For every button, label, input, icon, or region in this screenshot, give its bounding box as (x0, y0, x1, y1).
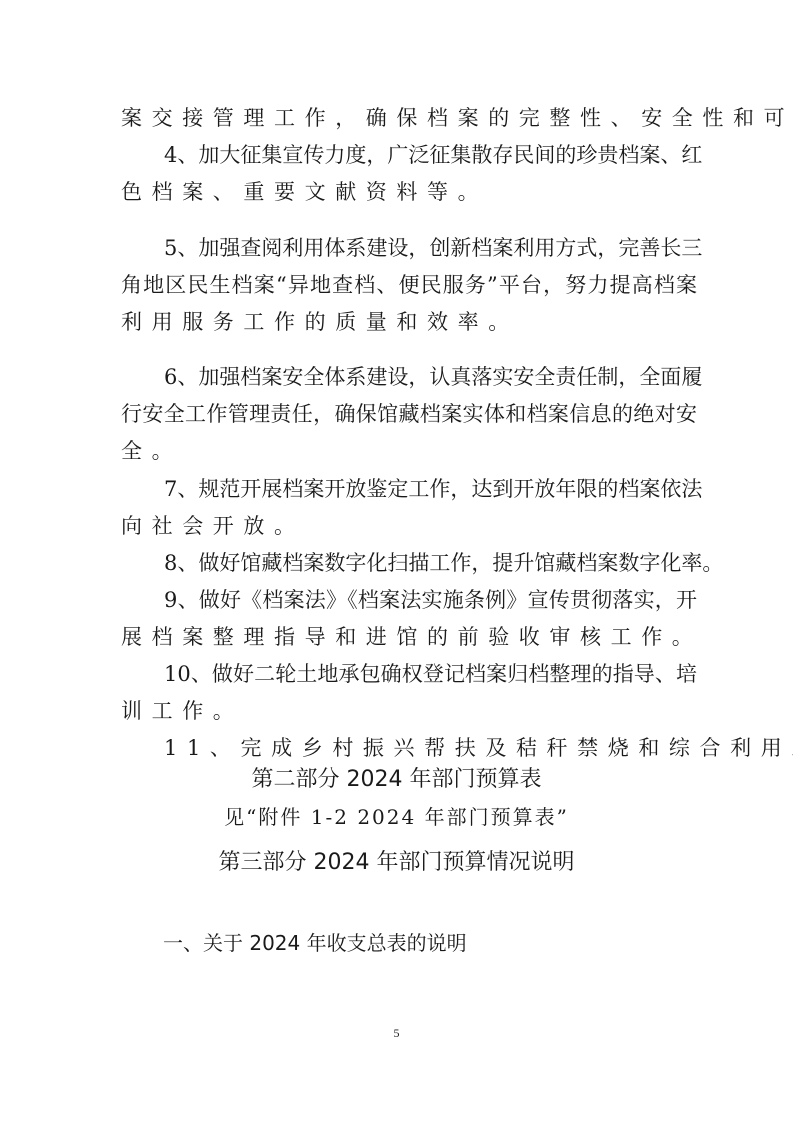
paragraph-line: 角地区民生档案“异地查档、便民服务”平台，努力提高档案 (121, 270, 697, 300)
paragraph-line: 训工作。 (121, 696, 701, 726)
paragraph-line: 5、加强查阅利用体系建设，创新档案利用方式，完善长三 (164, 233, 697, 263)
paragraph-line: 4、加大征集宣传力度，广泛征集散存民间的珍贵档案、红 (164, 140, 697, 170)
paragraph-line: 色档案、重要文献资料等。 (121, 177, 701, 207)
paragraph-line: 案交接管理工作，确保档案的完整性、安全性和可检索性。 (121, 103, 701, 133)
paragraph-line: 展档案整理指导和进馆的前验收审核工作。 (121, 622, 701, 652)
paragraph-line: 11、完成乡村振兴帮扶及秸秆禁烧和综合利用工作。 (164, 733, 744, 763)
paragraph-line: 6、加强档案安全体系建设，认真落实安全责任制，全面履 (164, 362, 697, 392)
paragraph-line: 利用服务工作的质量和效率。 (121, 307, 701, 337)
part2-note: 见“附件 1-2 2024 年部门预算表” (0, 802, 793, 832)
paragraph-line: 向社会开放。 (121, 511, 701, 541)
document-page: 案交接管理工作，确保档案的完整性、安全性和可检索性。4、加大征集宣传力度，广泛征… (0, 0, 793, 1122)
part2-heading: 第二部分 2024 年部门预算表 (0, 765, 793, 795)
page-number: 5 (0, 1025, 793, 1041)
paragraph-line: 7、规范开展档案开放鉴定工作，达到开放年限的档案依法 (164, 474, 697, 504)
paragraph-line: 8、做好馆藏档案数字化扫描工作，提升馆藏档案数字化率。 (164, 548, 697, 578)
paragraph-line: 10、做好二轮土地承包确权登记档案归档整理的指导、培 (164, 659, 697, 689)
part3-heading: 第三部分 2024 年部门预算情况说明 (0, 848, 793, 878)
paragraph-line: 行安全工作管理责任，确保馆藏档案实体和档案信息的绝对安 (121, 399, 697, 429)
paragraph-line: 全。 (121, 436, 701, 466)
paragraph-line: 9、做好《档案法》《档案法实施条例》宣传贯彻落实，开 (164, 585, 697, 615)
section1-title: 一、关于 2024 年收支总表的说明 (163, 928, 467, 958)
